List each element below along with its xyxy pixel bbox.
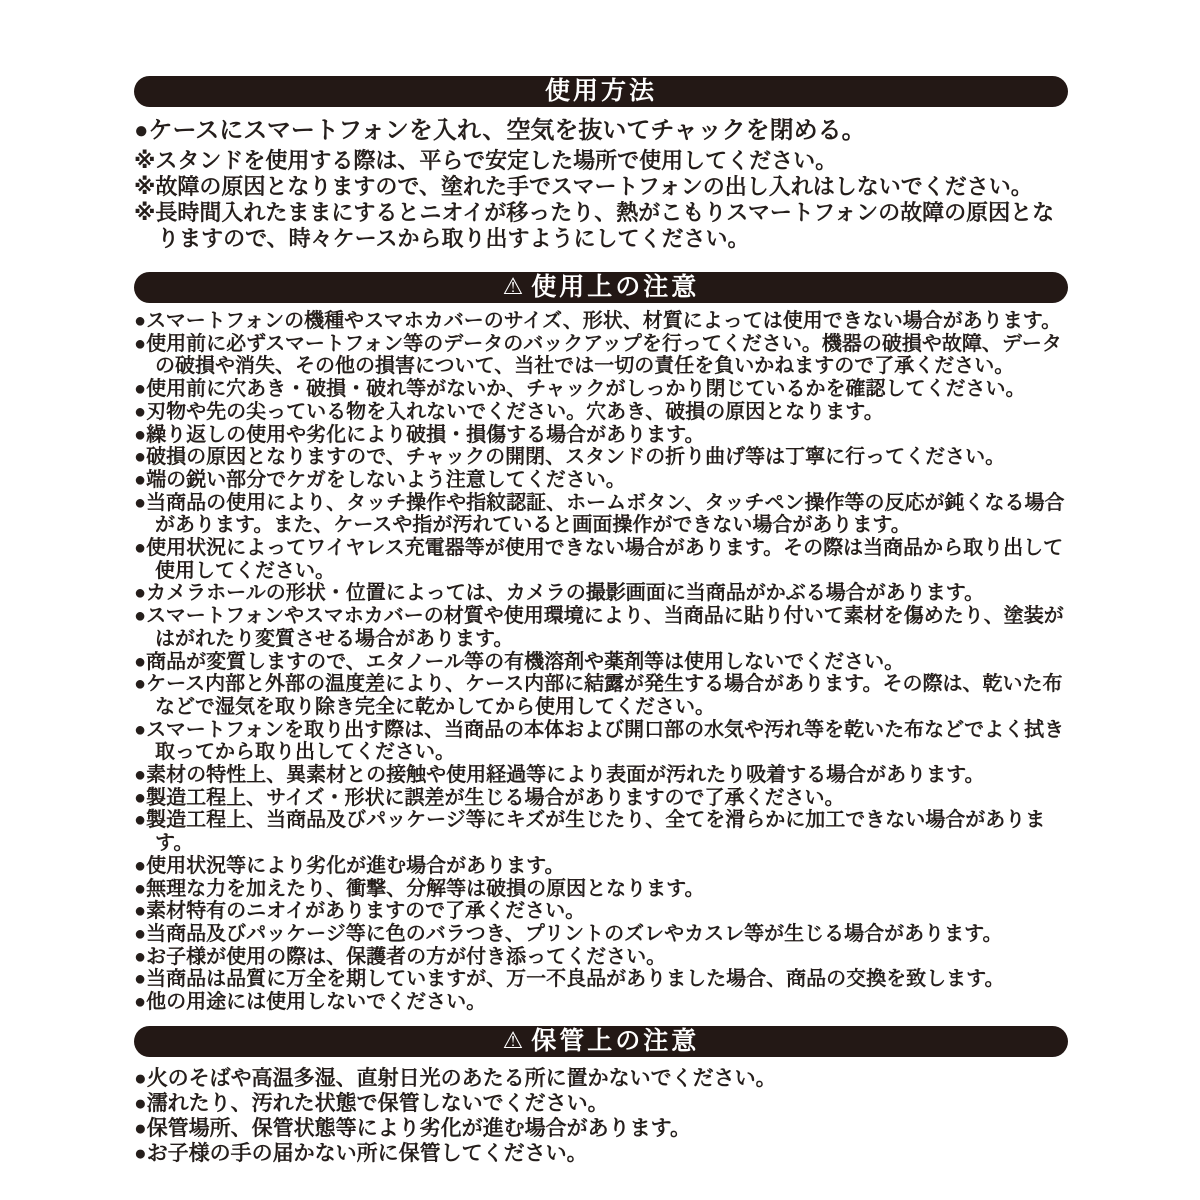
bullet-marker: ● <box>134 878 146 900</box>
list-item: ●製造工程上、当商品及びパッケージ等にキズが生じたり、全てを滑らかに加工できない… <box>134 809 1068 854</box>
warning-icon: ⚠ <box>503 1029 524 1052</box>
item-text: 素材特有のニオイがありますので了承ください。 <box>146 900 585 922</box>
item-text: 当商品及びパッケージ等に色のバラつき、プリントのズレやカスレ等が生じる場合があり… <box>146 923 1002 945</box>
bullet-marker: ● <box>134 1142 147 1165</box>
bullet-marker: ● <box>134 1067 147 1090</box>
note-marker: ※ <box>134 200 155 225</box>
list-item: ※スタンドを使用する際は、平らで安定した場所で使用してください。 <box>134 148 1068 174</box>
bullet-marker: ● <box>134 787 146 809</box>
list-item: ●使用前に穴あき・破損・破れ等がないか、チャックがしっかり閉じているかを確認して… <box>134 378 1068 401</box>
list-item: ●お子様の手の届かない所に保管してください。 <box>134 1141 1068 1166</box>
instruction-sheet: 使用方法 ●ケースにスマートフォンを入れ、空気を抜いてチャックを閉める。※スタン… <box>134 76 1068 1166</box>
list-item: ●濡れたり、汚れた状態で保管しないでください。 <box>134 1091 1068 1116</box>
section-usage-cautions-title: 使用上の注意 <box>531 272 699 303</box>
item-text: 使用状況によってワイヤレス充電器等が使用できない場合があります。その際は当商品か… <box>146 537 1063 582</box>
item-text: 濡れたり、汚れた状態で保管しないでください。 <box>147 1092 609 1115</box>
item-text: スマートフォンの機種やスマホカバーのサイズ、形状、材質によっては使用できない場合… <box>146 310 1061 332</box>
list-item: ●使用状況によってワイヤレス充電器等が使用できない場合があります。その際は当商品… <box>134 537 1068 582</box>
section-storage-cautions: ⚠ 保管上の注意 ●火のそばや高温多湿、直射日光のあたる所に置かないでください。… <box>134 1026 1068 1166</box>
list-item: ●刃物や先の尖っている物を入れないでください。穴あき、破損の原因となります。 <box>134 401 1068 424</box>
list-item: ●カメラホールの形状・位置によっては、カメラの撮影画面に当商品がかぶる場合があり… <box>134 582 1068 605</box>
bullet-marker: ● <box>134 923 146 945</box>
note-marker: ※ <box>134 148 155 173</box>
item-text: スマートフォンやスマホカバーの材質や使用環境により、当商品に貼り付いて素材を傷め… <box>146 605 1064 650</box>
item-text: 当商品の使用により、タッチ操作や指紋認証、ホームボタン、タッチペン操作等の反応が… <box>146 492 1064 537</box>
item-text: 火のそばや高温多湿、直射日光のあたる所に置かないでください。 <box>147 1067 777 1090</box>
item-text: 使用前に必ずスマートフォン等のデータのバックアップを行ってください。機器の破損や… <box>146 333 1062 378</box>
section-storage-cautions-title: 保管上の注意 <box>531 1026 699 1057</box>
item-text: 製造工程上、当商品及びパッケージ等にキズが生じたり、全てを滑らかに加工できない場… <box>146 809 1045 854</box>
item-text: 破損の原因となりますので、チャックの開閉、スタンドの折り曲げ等は丁寧に行ってくだ… <box>146 446 1005 468</box>
list-item: ●使用前に必ずスマートフォン等のデータのバックアップを行ってください。機器の破損… <box>134 333 1068 378</box>
list-item: ●ケース内部と外部の温度差により、ケース内部に結露が発生する場合があります。その… <box>134 673 1068 718</box>
list-item: ●ケースにスマートフォンを入れ、空気を抜いてチャックを閉める。 <box>134 116 1068 146</box>
bullet-marker: ● <box>134 1092 147 1115</box>
bullet-marker: ● <box>134 855 146 877</box>
list-item: ●他の用途には使用しないでください。 <box>134 991 1068 1014</box>
item-text: 素材の特性上、異素材との接触や使用経過等により表面が汚れたり吸着する場合がありま… <box>146 764 984 786</box>
item-text: 製造工程上、サイズ・形状に誤差が生じる場合がありますので了承ください。 <box>146 787 844 809</box>
list-item: ●保管場所、保管状態等により劣化が進む場合があります。 <box>134 1116 1068 1141</box>
item-text: ケースにスマートフォンを入れ、空気を抜いてチャックを閉める。 <box>149 117 866 144</box>
bullet-marker: ● <box>134 900 146 922</box>
list-item: ●お子様が使用の際は、保護者の方が付き添ってください。 <box>134 946 1068 969</box>
list-item: ●当商品の使用により、タッチ操作や指紋認証、ホームボタン、タッチペン操作等の反応… <box>134 492 1068 537</box>
bullet-marker: ● <box>134 1117 147 1140</box>
bullet-marker: ● <box>134 764 146 786</box>
bullet-marker: ● <box>134 446 146 468</box>
bullet-marker: ● <box>134 968 146 990</box>
list-item: ●火のそばや高温多湿、直射日光のあたる所に置かないでください。 <box>134 1066 1068 1091</box>
list-item: ※長時間入れたままにするとニオイが移ったり、熱がこもりスマートフォンの故障の原因… <box>134 200 1068 252</box>
list-item: ●端の鋭い部分でケガをしないよう注意してください。 <box>134 469 1068 492</box>
list-item: ●スマートフォンを取り出す際は、当商品の本体および開口部の水気や汚れ等を乾いた布… <box>134 719 1068 764</box>
list-item: ●素材の特性上、異素材との接触や使用経過等により表面が汚れたり吸着する場合があり… <box>134 764 1068 787</box>
item-text: 故障の原因となりますので、塗れた手でスマートフォンの出し入れはしないでください。 <box>155 174 1032 199</box>
bullet-marker: ● <box>134 809 146 831</box>
bullet-marker: ● <box>134 651 146 673</box>
item-text: 当商品は品質に万全を期していますが、万一不良品がありました場合、商品の交換を致し… <box>146 968 1004 990</box>
usage-cautions-list: ●スマートフォンの機種やスマホカバーのサイズ、形状、材質によっては使用できない場… <box>134 310 1068 1014</box>
item-text: 使用前に穴あき・破損・破れ等がないか、チャックがしっかり閉じているかを確認してく… <box>146 378 1025 400</box>
list-item: ※故障の原因となりますので、塗れた手でスマートフォンの出し入れはしないでください… <box>134 174 1068 200</box>
bullet-marker: ● <box>134 605 146 627</box>
storage-cautions-list: ●火のそばや高温多湿、直射日光のあたる所に置かないでください。●濡れたり、汚れた… <box>134 1066 1068 1166</box>
item-text: 他の用途には使用しないでください。 <box>146 991 486 1013</box>
note-marker: ※ <box>134 174 155 199</box>
section-storage-cautions-header: ⚠ 保管上の注意 <box>134 1026 1068 1057</box>
item-text: ケース内部と外部の温度差により、ケース内部に結露が発生する場合があります。その際… <box>146 673 1062 718</box>
item-text: カメラホールの形状・位置によっては、カメラの撮影画面に当商品がかぶる場合がありま… <box>146 582 984 604</box>
item-text: 保管場所、保管状態等により劣化が進む場合があります。 <box>147 1117 691 1140</box>
list-item: ●当商品は品質に万全を期していますが、万一不良品がありました場合、商品の交換を致… <box>134 968 1068 991</box>
section-usage-header: 使用方法 <box>134 76 1068 107</box>
warning-icon: ⚠ <box>503 275 524 298</box>
section-usage-title: 使用方法 <box>545 76 657 107</box>
item-text: お子様の手の届かない所に保管してください。 <box>147 1142 588 1165</box>
section-usage-cautions: ⚠ 使用上の注意 ●スマートフォンの機種やスマホカバーのサイズ、形状、材質によっ… <box>134 272 1068 1014</box>
list-item: ●当商品及びパッケージ等に色のバラつき、プリントのズレやカスレ等が生じる場合があ… <box>134 923 1068 946</box>
item-text: 使用状況等により劣化が進む場合があります。 <box>146 855 564 877</box>
item-text: 端の鋭い部分でケガをしないよう注意してください。 <box>146 469 626 491</box>
item-text: 繰り返しの使用や劣化により破損・損傷する場合があります。 <box>146 424 704 446</box>
list-item: ●スマートフォンやスマホカバーの材質や使用環境により、当商品に貼り付いて素材を傷… <box>134 605 1068 650</box>
list-item: ●破損の原因となりますので、チャックの開閉、スタンドの折り曲げ等は丁寧に行ってく… <box>134 446 1068 469</box>
bullet-marker: ● <box>134 310 146 332</box>
bullet-marker: ● <box>134 719 146 741</box>
list-item: ●製造工程上、サイズ・形状に誤差が生じる場合がありますので了承ください。 <box>134 787 1068 810</box>
bullet-marker: ● <box>134 991 146 1013</box>
list-item: ●無理な力を加えたり、衝撃、分解等は破損の原因となります。 <box>134 878 1068 901</box>
bullet-marker: ● <box>134 673 146 695</box>
bullet-marker: ● <box>134 469 146 491</box>
bullet-marker: ● <box>134 537 146 559</box>
list-item: ●繰り返しの使用や劣化により破損・損傷する場合があります。 <box>134 424 1068 447</box>
item-text: 長時間入れたままにするとニオイが移ったり、熱がこもりスマートフォンの故障の原因と… <box>155 200 1054 251</box>
usage-list: ●ケースにスマートフォンを入れ、空気を抜いてチャックを閉める。※スタンドを使用す… <box>134 116 1068 252</box>
item-text: 無理な力を加えたり、衝撃、分解等は破損の原因となります。 <box>146 878 704 900</box>
bullet-marker: ● <box>134 378 146 400</box>
bullet-marker: ● <box>134 117 149 144</box>
item-text: お子様が使用の際は、保護者の方が付き添ってください。 <box>146 946 666 968</box>
section-usage-cautions-header: ⚠ 使用上の注意 <box>134 272 1068 303</box>
item-text: 刃物や先の尖っている物を入れないでください。穴あき、破損の原因となります。 <box>146 401 884 423</box>
list-item: ●素材特有のニオイがありますので了承ください。 <box>134 900 1068 923</box>
bullet-marker: ● <box>134 492 146 514</box>
list-item: ●スマートフォンの機種やスマホカバーのサイズ、形状、材質によっては使用できない場… <box>134 310 1068 333</box>
bullet-marker: ● <box>134 401 146 423</box>
item-text: スマートフォンを取り出す際は、当商品の本体および開口部の水気や汚れ等を乾いた布な… <box>146 719 1064 764</box>
bullet-marker: ● <box>134 424 146 446</box>
list-item: ●使用状況等により劣化が進む場合があります。 <box>134 855 1068 878</box>
item-text: スタンドを使用する際は、平らで安定した場所で使用してください。 <box>155 148 837 173</box>
list-item: ●商品が変質しますので、エタノール等の有機溶剤や薬剤等は使用しないでください。 <box>134 651 1068 674</box>
section-usage: 使用方法 ●ケースにスマートフォンを入れ、空気を抜いてチャックを閉める。※スタン… <box>134 76 1068 252</box>
bullet-marker: ● <box>134 946 146 968</box>
bullet-marker: ● <box>134 582 146 604</box>
item-text: 商品が変質しますので、エタノール等の有機溶剤や薬剤等は使用しないでください。 <box>146 651 904 673</box>
bullet-marker: ● <box>134 333 146 355</box>
